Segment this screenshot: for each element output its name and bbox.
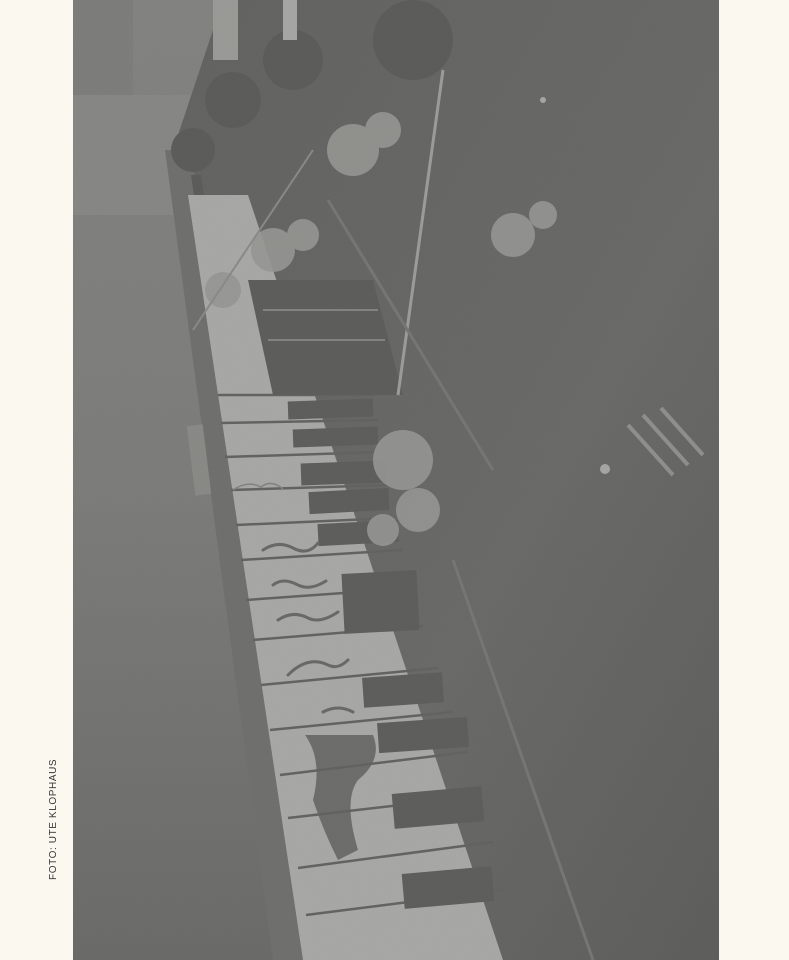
photo-credit: FOTO: UTE KLOPHAUS [48,759,59,880]
photograph [73,0,719,960]
piano-photo-illustration [73,0,719,960]
